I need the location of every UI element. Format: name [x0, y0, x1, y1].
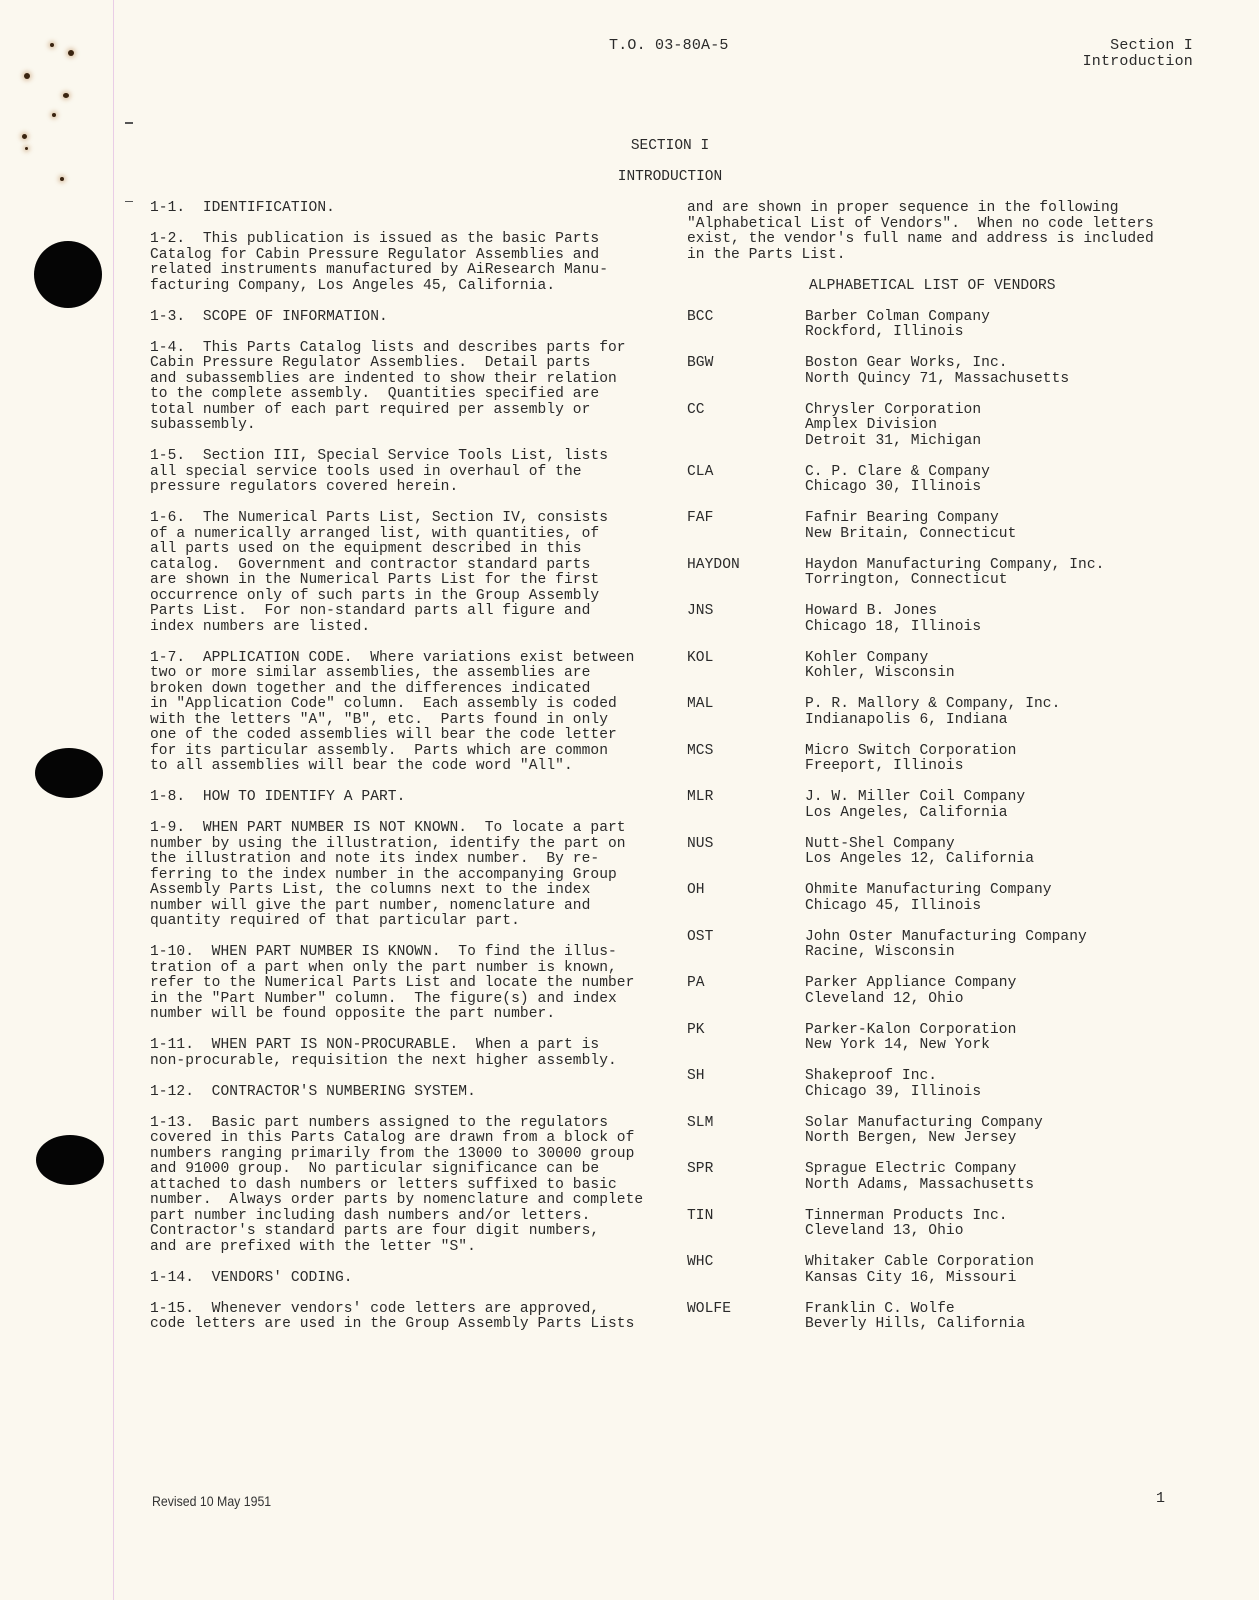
- stray-mark: [125, 201, 133, 202]
- vendor-address: C. P. Clare & Company Chicago 30, Illino…: [805, 465, 990, 496]
- vendor-entry: PAParker Appliance Company Cleveland 12,…: [687, 976, 1177, 1007]
- revision-date: Revised 10 May 1951: [152, 1493, 271, 1509]
- vendor-entry: FAFFafnir Bearing Company New Britain, C…: [687, 511, 1177, 542]
- vendor-address: Chrysler Corporation Amplex Division Det…: [805, 403, 981, 450]
- vendor-entry: SLMSolar Manufacturing Company North Ber…: [687, 1116, 1177, 1147]
- page-number: 1: [1156, 1490, 1165, 1507]
- vendor-entry: MALP. R. Mallory & Company, Inc. Indiana…: [687, 697, 1177, 728]
- vendor-entry: OSTJohn Oster Manufacturing Company Raci…: [687, 930, 1177, 961]
- vendor-address: P. R. Mallory & Company, Inc. Indianapol…: [805, 697, 1060, 728]
- vendor-entry: KOLKohler Company Kohler, Wisconsin: [687, 651, 1177, 682]
- punch-hole-middle: [35, 748, 103, 798]
- vendor-code: MAL: [687, 697, 805, 728]
- vendor-entry: WOLFEFranklin C. Wolfe Beverly Hills, Ca…: [687, 1302, 1177, 1333]
- vendor-code: OST: [687, 930, 805, 961]
- vendor-entry: JNSHoward B. Jones Chicago 18, Illinois: [687, 604, 1177, 635]
- margin-rule: [113, 0, 114, 1600]
- paragraph-1-15-continued: and are shown in proper sequence in the …: [687, 201, 1177, 263]
- paragraph-1-5: 1-5. Section III, Special Service Tools …: [150, 449, 640, 496]
- vendor-entry: MLRJ. W. Miller Coil Company Los Angeles…: [687, 790, 1177, 821]
- vendor-code: CLA: [687, 465, 805, 496]
- vendor-address: Solar Manufacturing Company North Bergen…: [805, 1116, 1043, 1147]
- vendor-entry: HAYDONHaydon Manufacturing Company, Inc.…: [687, 558, 1177, 589]
- vendor-code: OH: [687, 883, 805, 914]
- vendor-entry: TINTinnerman Products Inc. Cleveland 13,…: [687, 1209, 1177, 1240]
- punch-hole-bottom: [36, 1135, 104, 1185]
- paragraph-1-12: 1-12. CONTRACTOR'S NUMBERING SYSTEM.: [150, 1085, 640, 1101]
- vendor-address: Franklin C. Wolfe Beverly Hills, Califor…: [805, 1302, 1025, 1333]
- section-name: Introduction: [1083, 54, 1193, 70]
- left-column: 1-1. IDENTIFICATION. 1-2. This publicati…: [150, 201, 640, 1348]
- vendor-address: Ohmite Manufacturing Company Chicago 45,…: [805, 883, 1052, 914]
- vendor-address: Whitaker Cable Corporation Kansas City 1…: [805, 1255, 1034, 1286]
- vendor-address: Micro Switch Corporation Freeport, Illin…: [805, 744, 1016, 775]
- paragraph-1-14: 1-14. VENDORS' CODING.: [150, 1271, 640, 1287]
- paragraph-1-11: 1-11. WHEN PART IS NON-PROCURABLE. When …: [150, 1038, 640, 1069]
- paragraph-1-2: 1-2. This publication is issued as the b…: [150, 232, 640, 294]
- vendor-entry: CCChrysler Corporation Amplex Division D…: [687, 403, 1177, 450]
- vendor-list-heading: ALPHABETICAL LIST OF VENDORS: [687, 279, 1177, 295]
- vendor-entry: MCSMicro Switch Corporation Freeport, Il…: [687, 744, 1177, 775]
- paragraph-1-7: 1-7. APPLICATION CODE. Where variations …: [150, 651, 640, 775]
- vendor-code: TIN: [687, 1209, 805, 1240]
- vendor-address: Nutt-Shel Company Los Angeles 12, Califo…: [805, 837, 1034, 868]
- vendor-code: SLM: [687, 1116, 805, 1147]
- vendor-code: PA: [687, 976, 805, 1007]
- stain-mark: [25, 147, 28, 150]
- vendor-address: John Oster Manufacturing Company Racine,…: [805, 930, 1087, 961]
- vendor-code: NUS: [687, 837, 805, 868]
- vendor-address: Kohler Company Kohler, Wisconsin: [805, 651, 955, 682]
- punch-hole-top: [34, 241, 102, 308]
- vendor-entry: WHCWhitaker Cable Corporation Kansas Cit…: [687, 1255, 1177, 1286]
- vendor-code: CC: [687, 403, 805, 450]
- vendor-code: MLR: [687, 790, 805, 821]
- vendor-address: Boston Gear Works, Inc. North Quincy 71,…: [805, 356, 1069, 387]
- vendor-entry: SPRSprague Electric Company North Adams,…: [687, 1162, 1177, 1193]
- vendor-code: WHC: [687, 1255, 805, 1286]
- vendor-address: Fafnir Bearing Company New Britain, Conn…: [805, 511, 1016, 542]
- vendor-address: Parker-Kalon Corporation New York 14, Ne…: [805, 1023, 1016, 1054]
- vendor-address: Parker Appliance Company Cleveland 12, O…: [805, 976, 1016, 1007]
- stray-mark: [125, 122, 133, 124]
- stain-mark: [68, 50, 74, 56]
- paragraph-1-6: 1-6. The Numerical Parts List, Section I…: [150, 511, 640, 635]
- right-column: and are shown in proper sequence in the …: [687, 201, 1177, 1348]
- paragraph-1-10: 1-10. WHEN PART NUMBER IS KNOWN. To find…: [150, 945, 640, 1023]
- vendor-code: WOLFE: [687, 1302, 805, 1333]
- vendor-code: JNS: [687, 604, 805, 635]
- document-page: T.O. 03-80A-5 Section I Introduction SEC…: [0, 0, 1259, 1600]
- stain-mark: [50, 43, 54, 47]
- section-subtitle: INTRODUCTION: [560, 169, 780, 185]
- vendor-entry: CLAC. P. Clare & Company Chicago 30, Ill…: [687, 465, 1177, 496]
- vendor-address: J. W. Miller Coil Company Los Angeles, C…: [805, 790, 1025, 821]
- vendor-code: PK: [687, 1023, 805, 1054]
- vendor-entry: BCCBarber Colman Company Rockford, Illin…: [687, 310, 1177, 341]
- vendor-code: SPR: [687, 1162, 805, 1193]
- document-number: T.O. 03-80A-5: [609, 38, 729, 54]
- stain-mark: [60, 177, 64, 181]
- vendor-entry: OHOhmite Manufacturing Company Chicago 4…: [687, 883, 1177, 914]
- vendor-code: FAF: [687, 511, 805, 542]
- vendor-entry: PKParker-Kalon Corporation New York 14, …: [687, 1023, 1177, 1054]
- vendor-code: BGW: [687, 356, 805, 387]
- vendor-code: HAYDON: [687, 558, 805, 589]
- vendor-address: Shakeproof Inc. Chicago 39, Illinois: [805, 1069, 981, 1100]
- vendor-address: Barber Colman Company Rockford, Illinois: [805, 310, 990, 341]
- paragraph-1-15: 1-15. Whenever vendors' code letters are…: [150, 1302, 640, 1333]
- vendor-code: BCC: [687, 310, 805, 341]
- paragraph-1-8: 1-8. HOW TO IDENTIFY A PART.: [150, 790, 640, 806]
- section-title: SECTION I: [560, 138, 780, 154]
- vendor-address: Sprague Electric Company North Adams, Ma…: [805, 1162, 1034, 1193]
- vendor-address: Howard B. Jones Chicago 18, Illinois: [805, 604, 981, 635]
- vendor-code: KOL: [687, 651, 805, 682]
- stain-mark: [63, 93, 69, 98]
- paragraph-1-3: 1-3. SCOPE OF INFORMATION.: [150, 310, 640, 326]
- vendor-code: SH: [687, 1069, 805, 1100]
- vendor-address: Haydon Manufacturing Company, Inc. Torri…: [805, 558, 1104, 589]
- paragraph-1-4: 1-4. This Parts Catalog lists and descri…: [150, 341, 640, 434]
- vendor-address: Tinnerman Products Inc. Cleveland 13, Oh…: [805, 1209, 1008, 1240]
- vendor-code: MCS: [687, 744, 805, 775]
- paragraph-1-13: 1-13. Basic part numbers assigned to the…: [150, 1116, 640, 1256]
- stain-mark: [52, 113, 56, 117]
- running-header-section: Section I Introduction: [1083, 38, 1193, 69]
- vendor-entry: NUSNutt-Shel Company Los Angeles 12, Cal…: [687, 837, 1177, 868]
- paragraph-1-1: 1-1. IDENTIFICATION.: [150, 201, 640, 217]
- vendor-entry: SHShakeproof Inc. Chicago 39, Illinois: [687, 1069, 1177, 1100]
- paragraph-1-9: 1-9. WHEN PART NUMBER IS NOT KNOWN. To l…: [150, 821, 640, 930]
- vendor-entry: BGWBoston Gear Works, Inc. North Quincy …: [687, 356, 1177, 387]
- stain-mark: [22, 134, 27, 139]
- stain-mark: [24, 73, 30, 79]
- section-label: Section I: [1083, 38, 1193, 54]
